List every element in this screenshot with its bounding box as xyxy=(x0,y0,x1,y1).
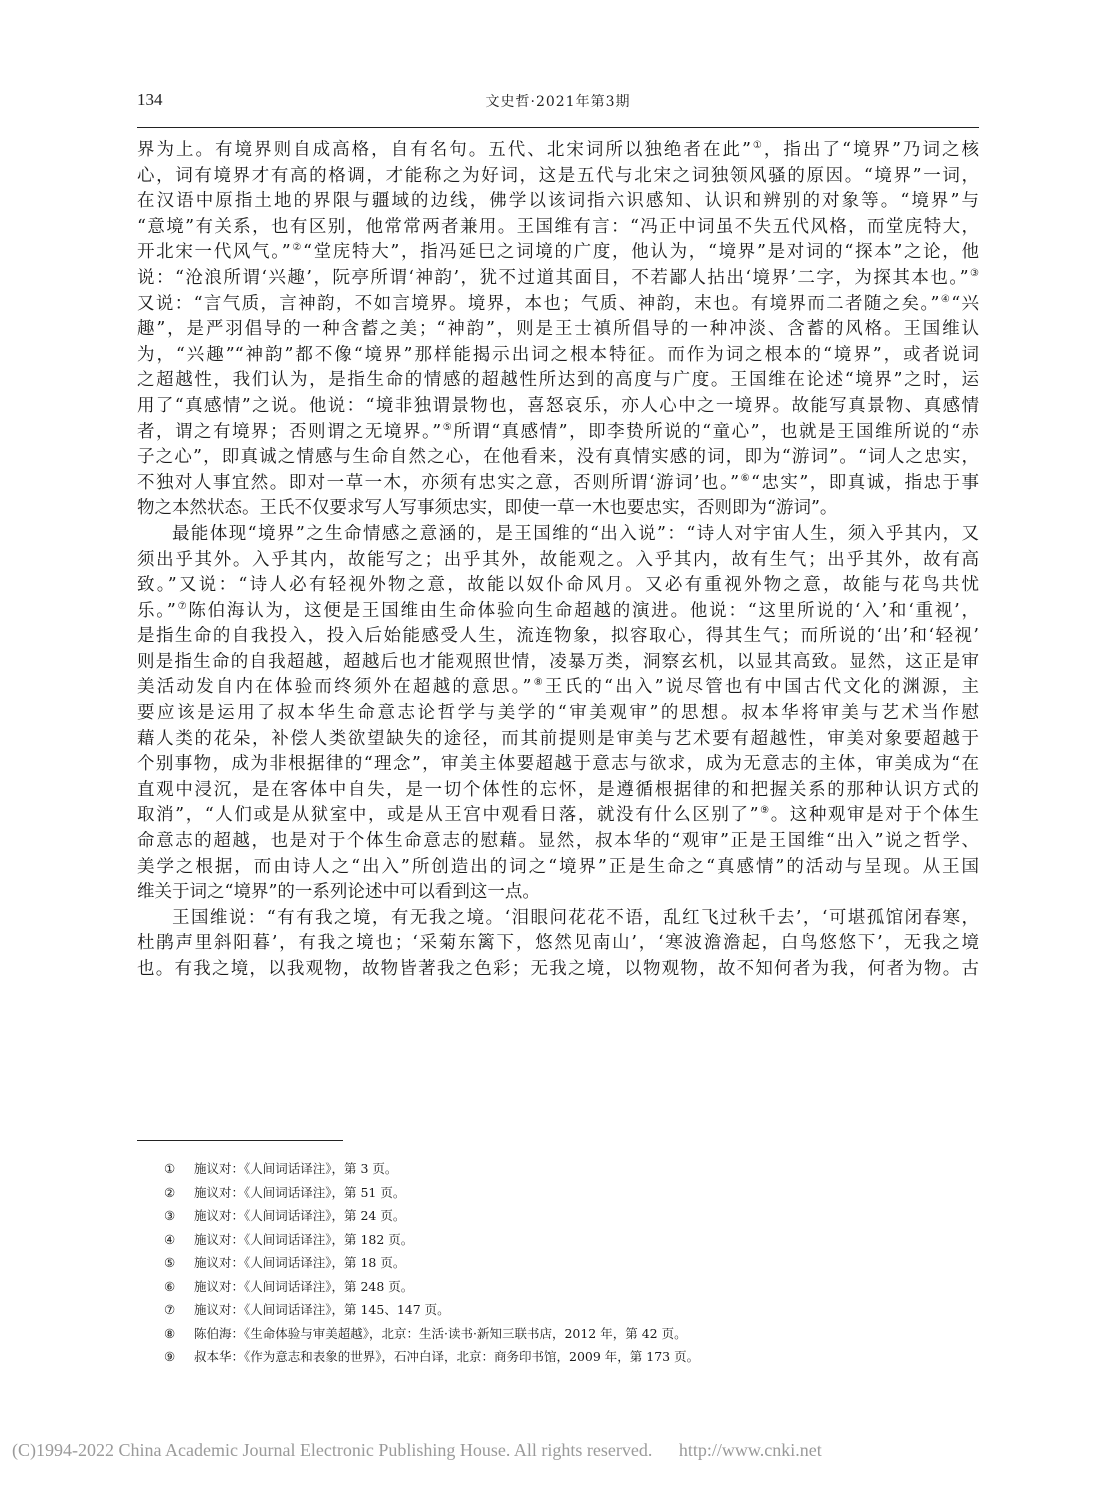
line-text: 是指生命的自我投入，投入后始能感受人生，流连物象，拟容取心，得其生气；而所说的‘… xyxy=(137,626,979,646)
copyright-text: (C)1994-2022 China Academic Journal Elec… xyxy=(12,1440,652,1460)
text-line: 界为上。有境界则自成高格，自有名句。五代、北宋词所以独绝者在此”①，指出了“境界… xyxy=(137,138,979,164)
line-text: 维关于词之“境界”的一系列论述中可以看到这一点。 xyxy=(137,882,540,902)
footnote-text: 施议对：《人间词话译注》，第 24 页。 xyxy=(194,1208,405,1223)
line-text: 子之心”，即真诚之情感与生命自然之心，在他看来，没有真情实感的词，即为“游词”。… xyxy=(137,447,979,467)
text-line: 也。有我之境，以我观物，故物皆著我之色彩；无我之境，以物观物，故不知何者为我，何… xyxy=(137,957,979,983)
text-line: 心，词有境界才有高的格调，才能称之为好词，这是五代与北宋之词独领风骚的原因。“境… xyxy=(137,164,979,190)
footnote-text: 施议对：《人间词话译注》，第 182 页。 xyxy=(194,1232,413,1247)
line-text: 说：“沧浪所谓‘兴趣’，阮亭所谓‘神韵’，犹不过道其面目，不若鄙人拈出‘境界’二… xyxy=(137,268,969,288)
text-line: 美学之根据，而由诗人之“出入”所创造出的词之“境界”正是生命之“真感情”的活动与… xyxy=(137,855,979,881)
line-text: 须出乎其外。入乎其内，故能写之；出乎其外，故能观之。入乎其内，故有生气；出乎其外… xyxy=(137,550,979,570)
text-line: 取消”，“人们或是从狱室中，或是从王宫中观看日落，就没有什么区别了”⑨。这种观审… xyxy=(137,803,979,829)
footnote-mark: ⑨ xyxy=(164,1345,194,1369)
line-text: 在汉语中原指土地的界限与疆域的边线，佛学以该词指六识感知、认识和辨别的对象等。“… xyxy=(137,191,979,211)
footnote-mark: ② xyxy=(164,1181,194,1205)
line-text: “兴 xyxy=(951,294,979,314)
footnote-text: 施议对：《人间词话译注》，第 145、147 页。 xyxy=(194,1302,450,1317)
text-line: 致。”又说：“诗人必有轻视外物之意，故能以奴仆命风月。又必有重视外物之意，故能与… xyxy=(137,573,979,599)
text-line: 子之心”，即真诚之情感与生命自然之心，在他看来，没有真情实感的词，即为“游词”。… xyxy=(137,445,979,471)
line-text: 用了“真感情”之说。他说：“境非独谓景物也，喜怒哀乐，亦人心中之一境界。故能写真… xyxy=(137,396,979,416)
running-header: 134 文史哲·2021年第3期 xyxy=(137,88,979,114)
text-line: 者，谓之有境界；否则谓之无境界。”⑤所谓“真感情”，即李贽所说的“童心”，也就是… xyxy=(137,420,979,446)
footnote-mark: ① xyxy=(164,1157,194,1181)
line-text: 杜鹃声里斜阳暮’，有我之境也；‘采菊东篱下，悠然见南山’，‘寒波澹澹起，白鸟悠悠… xyxy=(137,933,979,953)
text-line: “意境”有关系，也有区别，他常常两者兼用。王国维有言：“冯正中词虽不失五代风格，… xyxy=(137,215,979,241)
line-text: 不独对人事宜然。即对一草一木，亦须有忠实之意，否则所谓‘游词’也。” xyxy=(137,473,739,493)
footnote-ref[interactable]: ④ xyxy=(940,294,952,305)
footnote-ref[interactable]: ⑥ xyxy=(739,473,751,484)
footnote-divider xyxy=(137,1140,343,1141)
line-text: 趣”，是严羽倡导的一种含蓄之美；“神韵”，则是王士禛所倡导的一种冲淡、含蓄的风格… xyxy=(137,319,979,339)
text-line: 维关于词之“境界”的一系列论述中可以看到这一点。 xyxy=(137,880,979,906)
line-text: “堂庑特大”，指冯延巳之词境的广度，他认为，“境界”是对词的“探本”之论，他 xyxy=(303,242,979,262)
text-line: 则是指生命的自我超越，超越后也才能观照世情，凌暴万类，洞察玄机，以显其高致。显然… xyxy=(137,650,979,676)
line-text: 王氏的“出入”说尽管也有中国古代文化的渊源，主 xyxy=(545,677,979,697)
footnote-item: ⑤施议对：《人间词话译注》，第 18 页。 xyxy=(164,1251,964,1275)
text-line: 用了“真感情”之说。他说：“境非独谓景物也，喜怒哀乐，亦人心中之一境界。故能写真… xyxy=(137,394,979,420)
line-text: 。这种观审是对于个体生 xyxy=(771,805,979,825)
footnote-text: 施议对：《人间词话译注》，第 3 页。 xyxy=(194,1161,397,1176)
footnote-ref[interactable]: ① xyxy=(751,140,764,151)
line-text: 要应该是运用了叔本华生命意志论哲学与美学的“审美观审”的思想。叔本华将审美与艺术… xyxy=(137,703,979,723)
footnote-ref[interactable]: ⑧ xyxy=(531,678,544,689)
line-text: 开北宋一代风气。” xyxy=(137,242,291,262)
text-line: 趣”，是严羽倡导的一种含蓄之美；“神韵”，则是王士禛所倡导的一种冲淡、含蓄的风格… xyxy=(137,317,979,343)
footnote-mark: ⑥ xyxy=(164,1275,194,1299)
text-line: 要应该是运用了叔本华生命意志论哲学与美学的“审美观审”的思想。叔本华将审美与艺术… xyxy=(137,701,979,727)
line-text: 也。有我之境，以我观物，故物皆著我之色彩；无我之境，以物观物，故不知何者为我，何… xyxy=(137,959,979,979)
footnote-ref[interactable]: ② xyxy=(291,243,303,254)
line-text: 美活动发自内在体验而终须外在超越的意思。” xyxy=(137,677,531,697)
line-text: 命意志的超越，也是对于个体生命意志的慰藉。显然，叔本华的“观审”正是王国维“出入… xyxy=(137,831,979,851)
footnote-text: 陈伯海：《生命体验与审美超越》，北京：生活·读书·新知三联书店，2012 年，第… xyxy=(194,1326,687,1341)
text-line: 说：“沧浪所谓‘兴趣’，阮亭所谓‘神韵’，犹不过道其面目，不若鄙人拈出‘境界’二… xyxy=(137,266,979,292)
text-line: 王国维说：“有有我之境，有无我之境。‘泪眼问花花不语，乱红飞过秋千去’，‘可堪孤… xyxy=(137,906,979,932)
text-line: 在汉语中原指土地的界限与疆域的边线，佛学以该词指六识感知、认识和辨别的对象等。“… xyxy=(137,189,979,215)
text-line: 之超越性，我们认为，是指生命的情感的超越性所达到的高度与广度。王国维在论述“境界… xyxy=(137,368,979,394)
line-text: 心，词有境界才有高的格调，才能称之为好词，这是五代与北宋之词独领风骚的原因。“境… xyxy=(137,166,979,186)
line-text: 个别事物，成为非根据律的“理念”，审美主体要超越于意志与欲求，成为无意志的主体，… xyxy=(137,754,979,774)
line-text: 藉人类的花朵，补偿人类欲望缺失的途径，而其前提则是审美与艺术要有超越性，审美对象… xyxy=(137,729,979,749)
footnote-mark: ⑤ xyxy=(164,1251,194,1275)
footnote-item: ⑦施议对：《人间词话译注》，第 145、147 页。 xyxy=(164,1298,964,1322)
text-line: 命意志的超越，也是对于个体生命意志的慰藉。显然，叔本华的“观审”正是王国维“出入… xyxy=(137,829,979,855)
body-text: 界为上。有境界则自成高格，自有名句。五代、北宋词所以独绝者在此”①，指出了“境界… xyxy=(137,138,979,983)
text-line: 物之本然状态。王氏不仅要求写人写事须忠实，即使一草一木也要忠实，否则即为“游词”… xyxy=(137,496,979,522)
text-line: 杜鹃声里斜阳暮’，有我之境也；‘采菊东篱下，悠然见南山’，‘寒波澹澹起，白鸟悠悠… xyxy=(137,931,979,957)
footnote-item: ⑨叔本华：《作为意志和表象的世界》，石冲白译，北京：商务印书馆，2009 年，第… xyxy=(164,1345,964,1369)
line-text: 直观中浸沉，是在客体中自失，是一切个体性的忘怀，是遵循根据律的和把握关系的那种认… xyxy=(137,780,979,800)
line-text: 美学之根据，而由诗人之“出入”所创造出的词之“境界”正是生命之“真感情”的活动与… xyxy=(137,857,979,877)
footnote-item: ④施议对：《人间词话译注》，第 182 页。 xyxy=(164,1228,964,1252)
text-line: 又说：“言气质，言神韵，不如言境界。境界，本也；气质、神韵，末也。有境界而二者随… xyxy=(137,292,979,318)
text-line: 不独对人事宜然。即对一草一木，亦须有忠实之意，否则所谓‘游词’也。”⑥“忠实”，… xyxy=(137,471,979,497)
line-text: 致。”又说：“诗人必有轻视外物之意，故能以奴仆命风月。又必有重视外物之意，故能与… xyxy=(137,575,979,595)
line-text: 陈伯海认为，这便是王国维由生命体验向生命超越的演进。他说：“这里所说的‘入’和‘… xyxy=(188,601,979,621)
footnote-ref[interactable]: ⑦ xyxy=(176,601,189,612)
footnote-ref[interactable]: ⑨ xyxy=(759,806,771,817)
text-line: 为，“兴趣”“神韵”都不像“境界”那样能揭示出词之根本特征。而作为词之根本的“境… xyxy=(137,343,979,369)
line-text: 取消”，“人们或是从狱室中，或是从王宫中观看日落，就没有什么区别了” xyxy=(137,805,759,825)
line-text: 最能体现“境界”之生命情感之意涵的，是王国维的“出入说”：“诗人对宇宙人生，须入… xyxy=(172,524,979,544)
journal-title: 文史哲·2021年第3期 xyxy=(137,91,979,111)
line-text: 物之本然状态。王氏不仅要求写人写事须忠实，即使一草一木也要忠实，否则即为“游词”… xyxy=(137,498,837,518)
footnote-item: ③施议对：《人间词话译注》，第 24 页。 xyxy=(164,1204,964,1228)
footnote-item: ⑥施议对：《人间词话译注》，第 248 页。 xyxy=(164,1275,964,1299)
line-text: “意境”有关系，也有区别，他常常两者兼用。王国维有言：“冯正中词虽不失五代风格，… xyxy=(137,217,979,237)
footnote-text: 叔本华：《作为意志和表象的世界》，石冲白译，北京：商务印书馆，2009 年，第 … xyxy=(194,1349,699,1364)
line-text: 则是指生命的自我超越，超越后也才能观照世情，凌暴万类，洞察玄机，以显其高致。显然… xyxy=(137,652,979,672)
line-text: 乐。” xyxy=(137,601,176,621)
footnote-item: ⑧陈伯海：《生命体验与审美超越》，北京：生活·读书·新知三联书店，2012 年，… xyxy=(164,1322,964,1346)
footnote-mark: ⑧ xyxy=(164,1322,194,1346)
text-line: 开北宋一代风气。”②“堂庑特大”，指冯延巳之词境的广度，他认为，“境界”是对词的… xyxy=(137,240,979,266)
footnote-item: ①施议对：《人间词话译注》，第 3 页。 xyxy=(164,1157,964,1181)
footnote-mark: ④ xyxy=(164,1228,194,1252)
line-text: 界为上。有境界则自成高格，自有名句。五代、北宋词所以独绝者在此” xyxy=(137,140,751,160)
text-line: 藉人类的花朵，补偿人类欲望缺失的途径，而其前提则是审美与艺术要有超越性，审美对象… xyxy=(137,727,979,753)
footnote-text: 施议对：《人间词话译注》，第 248 页。 xyxy=(194,1279,413,1294)
text-line: 个别事物，成为非根据律的“理念”，审美主体要超越于意志与欲求，成为无意志的主体，… xyxy=(137,752,979,778)
copyright-notice: (C)1994-2022 China Academic Journal Elec… xyxy=(0,1440,1102,1461)
text-line: 须出乎其外。入乎其内，故能写之；出乎其外，故能观之。入乎其内，故有生气；出乎其外… xyxy=(137,548,979,574)
line-text: 之超越性，我们认为，是指生命的情感的超越性所达到的高度与广度。王国维在论述“境界… xyxy=(137,370,979,390)
footnote-text: 施议对：《人间词话译注》，第 51 页。 xyxy=(194,1185,405,1200)
cnki-link[interactable]: http://www.cnki.net xyxy=(679,1440,822,1460)
line-text: “忠实”，即真诚，指忠于事 xyxy=(751,473,979,493)
footnote-text: 施议对：《人间词话译注》，第 18 页。 xyxy=(194,1255,405,1270)
footnote-ref[interactable]: ③ xyxy=(969,268,979,279)
line-text: ，指出了“境界”乃词之核 xyxy=(764,140,979,160)
footnote-mark: ⑦ xyxy=(164,1298,194,1322)
line-text: 所谓“真感情”，即李贽所说的“童心”，也就是王国维所说的“赤 xyxy=(453,422,979,442)
text-line: 最能体现“境界”之生命情感之意涵的，是王国维的“出入说”：“诗人对宇宙人生，须入… xyxy=(137,522,979,548)
footnote-item: ②施议对：《人间词话译注》，第 51 页。 xyxy=(164,1181,964,1205)
line-text: 王国维说：“有有我之境，有无我之境。‘泪眼问花花不语，乱红飞过秋千去’，‘可堪孤… xyxy=(172,908,979,928)
text-line: 美活动发自内在体验而终须外在超越的意思。”⑧王氏的“出入”说尽管也有中国古代文化… xyxy=(137,675,979,701)
text-line: 是指生命的自我投入，投入后始能感受人生，流连物象，拟容取心，得其生气；而所说的‘… xyxy=(137,624,979,650)
text-line: 直观中浸沉，是在客体中自失，是一切个体性的忘怀，是遵循根据律的和把握关系的那种认… xyxy=(137,778,979,804)
text-line: 乐。”⑦陈伯海认为，这便是王国维由生命体验向生命超越的演进。他说：“这里所说的‘… xyxy=(137,599,979,625)
line-text: 者，谓之有境界；否则谓之无境界。” xyxy=(137,422,441,442)
footnote-ref[interactable]: ⑤ xyxy=(441,422,453,433)
header-divider xyxy=(137,127,979,128)
footnote-mark: ③ xyxy=(164,1204,194,1228)
line-text: 又说：“言气质，言神韵，不如言境界。境界，本也；气质、神韵，末也。有境界而二者随… xyxy=(137,294,940,314)
footnotes: ①施议对：《人间词话译注》，第 3 页。②施议对：《人间词话译注》，第 51 页… xyxy=(164,1157,964,1369)
line-text: 为，“兴趣”“神韵”都不像“境界”那样能揭示出词之根本特征。而作为词之根本的“境… xyxy=(137,345,979,365)
